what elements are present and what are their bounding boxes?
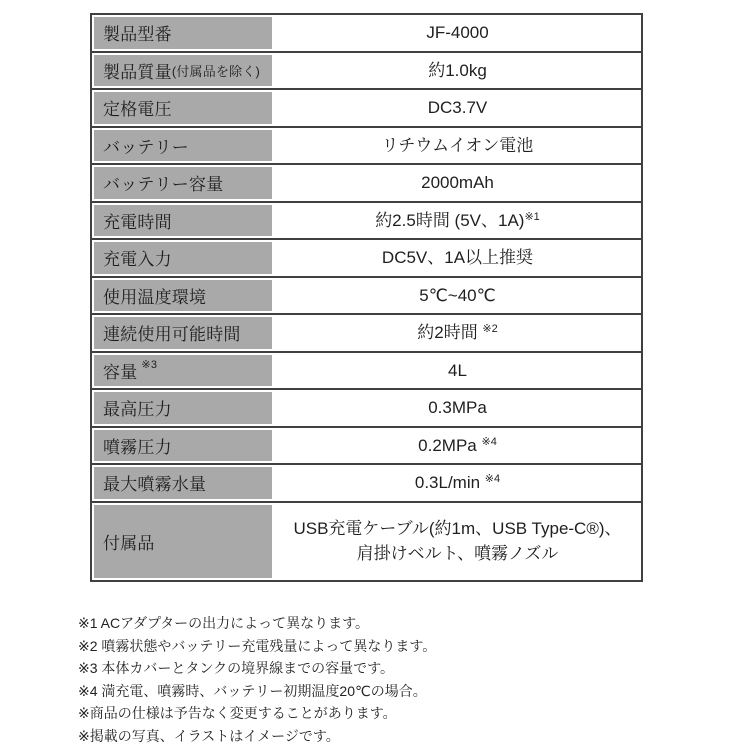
spec-label-text: 使用温度環境	[103, 283, 206, 308]
spec-value: DC5V、1A以上推奨	[274, 240, 641, 276]
spec-value-text: 約1.0kg	[428, 61, 487, 80]
spec-label-text: 付属品	[103, 529, 155, 554]
footnote-line: ※1 ACアダプターの出力によって異なります。	[78, 612, 436, 635]
footnote-marker: ※1	[524, 211, 539, 223]
spec-label-text: 充電入力	[103, 245, 172, 270]
spec-value: JF-4000	[274, 15, 641, 51]
spec-value-text: 0.3L/min	[415, 473, 485, 492]
spec-row-max-pressure: 最高圧力 0.3MPa	[92, 390, 641, 428]
spec-label: 製品型番	[92, 15, 274, 51]
spec-label: 定格電圧	[92, 90, 274, 126]
spec-label-text: 噴霧圧力	[103, 433, 172, 458]
spec-row-accessories: 付属品 USB充電ケーブル(約1m、USB Type-C®)、肩掛けベルト、噴霧…	[92, 503, 641, 580]
footnote-marker: ※4	[485, 473, 500, 485]
spec-row-charging-input: 充電入力 DC5V、1A以上推奨	[92, 240, 641, 278]
spec-label: 付属品	[92, 503, 274, 580]
footnotes: ※1 ACアダプターの出力によって異なります。 ※2 噴霧状態やバッテリー充電残…	[78, 612, 436, 747]
spec-row-spray-pressure: 噴霧圧力 0.2MPa ※4	[92, 428, 641, 466]
footnote-line: ※商品の仕様は予告なく変更することがあります。	[78, 702, 436, 725]
spec-value: 約1.0kg	[274, 53, 641, 89]
spec-label: 充電時間	[92, 203, 274, 239]
footnote-marker: ※4	[481, 436, 496, 448]
spec-label-text: 定格電圧	[103, 95, 172, 120]
spec-row-battery-capacity: バッテリー容量 2000mAh	[92, 165, 641, 203]
spec-label-text: 最高圧力	[103, 395, 172, 420]
spec-row-charging-time: 充電時間 約2.5時間 (5V、1A)※1	[92, 203, 641, 241]
spec-value-text-line2: 肩掛けベルト、噴霧ノズル	[293, 541, 621, 567]
spec-table: 製品型番 JF-4000 製品質量(付属品を除く) 約1.0kg 定格電圧 DC…	[90, 13, 643, 582]
spec-label-text: 製品型番	[103, 20, 172, 45]
spec-value: 約2.5時間 (5V、1A)※1	[274, 203, 641, 239]
spec-label: 使用温度環境	[92, 278, 274, 314]
spec-label-text: 充電時間	[103, 208, 172, 233]
footnote-line: ※掲載の写真、イラストはイメージです。	[78, 725, 436, 748]
spec-label: 最大噴霧水量	[92, 465, 274, 501]
spec-label-text: 容量	[103, 358, 137, 383]
spec-label: 連続使用可能時間	[92, 315, 274, 351]
spec-label: 充電入力	[92, 240, 274, 276]
footnote-line: ※4 満充電、噴霧時、バッテリー初期温度20℃の場合。	[78, 680, 436, 703]
spec-label-note: (付属品を除く)	[172, 61, 260, 80]
spec-value-text: リチウムイオン電池	[382, 136, 534, 155]
spec-label-text: 最大噴霧水量	[103, 470, 206, 495]
spec-value: 0.3L/min ※4	[274, 465, 641, 501]
footnote-marker: ※2	[482, 323, 497, 335]
footnote-marker: ※3	[141, 358, 157, 371]
spec-row-battery-type: バッテリー リチウムイオン電池	[92, 128, 641, 166]
spec-row-rated-voltage: 定格電圧 DC3.7V	[92, 90, 641, 128]
spec-value-text: 約2時間	[417, 323, 482, 342]
spec-label-text: 連続使用可能時間	[103, 320, 241, 345]
spec-value-text: USB充電ケーブル(約1m、USB Type-C®)、	[293, 519, 621, 538]
spec-value-text: 4L	[448, 361, 467, 380]
spec-label-text: 製品質量	[103, 58, 172, 83]
spec-value-text: JF-4000	[426, 23, 488, 42]
spec-label-text: バッテリー容量	[103, 170, 223, 195]
spec-row-tank-capacity: 容量※3 4L	[92, 353, 641, 391]
spec-label: バッテリー	[92, 128, 274, 164]
footnote-line: ※3 本体カバーとタンクの境界線までの容量です。	[78, 657, 436, 680]
spec-row-product-model: 製品型番 JF-4000	[92, 15, 641, 53]
spec-row-max-spray-volume: 最大噴霧水量 0.3L/min ※4	[92, 465, 641, 503]
spec-label: 噴霧圧力	[92, 428, 274, 464]
spec-label-text: バッテリー	[103, 133, 189, 158]
spec-row-operating-temperature: 使用温度環境 5℃~40℃	[92, 278, 641, 316]
spec-value: リチウムイオン電池	[274, 128, 641, 164]
spec-value: 0.3MPa	[274, 390, 641, 426]
spec-value: 5℃~40℃	[274, 278, 641, 314]
spec-label: 容量※3	[92, 353, 274, 389]
spec-value-text: 0.3MPa	[428, 398, 487, 417]
spec-value-text: DC3.7V	[428, 98, 488, 117]
spec-value: 0.2MPa ※4	[274, 428, 641, 464]
spec-row-product-weight: 製品質量(付属品を除く) 約1.0kg	[92, 53, 641, 91]
spec-value-text: DC5V、1A以上推奨	[382, 248, 533, 267]
spec-value: 約2時間 ※2	[274, 315, 641, 351]
spec-value: 2000mAh	[274, 165, 641, 201]
spec-value: USB充電ケーブル(約1m、USB Type-C®)、肩掛けベルト、噴霧ノズル	[274, 503, 641, 580]
spec-value-text: 0.2MPa	[418, 436, 481, 455]
spec-value-text: 約2.5時間 (5V、1A)	[375, 211, 524, 230]
spec-label: バッテリー容量	[92, 165, 274, 201]
spec-value: DC3.7V	[274, 90, 641, 126]
spec-row-continuous-use-time: 連続使用可能時間 約2時間 ※2	[92, 315, 641, 353]
spec-value-text: 5℃~40℃	[419, 286, 495, 305]
spec-value: 4L	[274, 353, 641, 389]
spec-value-text: 2000mAh	[421, 173, 494, 192]
spec-label: 最高圧力	[92, 390, 274, 426]
footnote-line: ※2 噴霧状態やバッテリー充電残量によって異なります。	[78, 635, 436, 658]
spec-label: 製品質量(付属品を除く)	[92, 53, 274, 89]
